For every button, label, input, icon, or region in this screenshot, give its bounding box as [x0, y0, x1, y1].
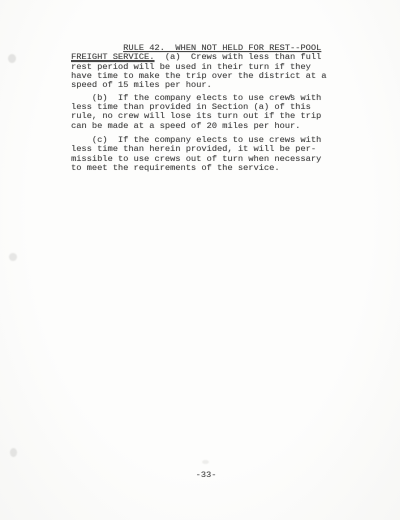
text-segment: speed of 15 miles per hour.: [71, 80, 212, 90]
document-text-block: RULE 42. WHEN NOT HELD FOR REST--POOLFRE…: [71, 44, 326, 173]
scanned-document-page: RULE 42. WHEN NOT HELD FOR REST--POOLFRE…: [0, 0, 400, 520]
text-line: can be made at a speed of 20 miles per h…: [71, 122, 326, 131]
scan-artifact-speck: [10, 448, 17, 457]
scan-artifact-speck: [9, 253, 17, 261]
text-segment: to meet the requirements of the service.: [71, 163, 280, 173]
text-line: to meet the requirements of the service.: [71, 164, 326, 173]
scan-artifact-speck: [290, 94, 292, 97]
text-line: speed of 15 miles per hour.: [71, 81, 326, 90]
scan-artifact-speck: [8, 54, 16, 63]
text-segment: can be made at a speed of 20 miles per h…: [71, 121, 300, 131]
scan-artifact-speck: [202, 460, 209, 464]
page-number: -33-: [0, 470, 400, 480]
